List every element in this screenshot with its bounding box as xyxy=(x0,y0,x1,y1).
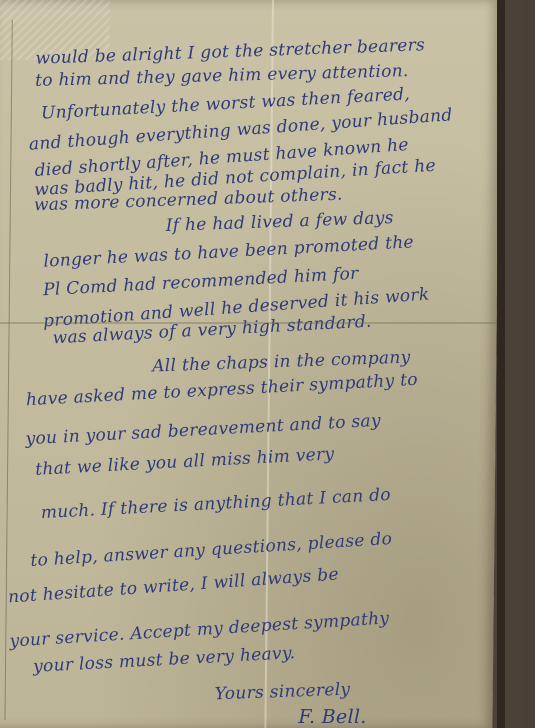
letter-line: have asked me to express their sympathy … xyxy=(26,370,419,410)
paper-edge-shadow xyxy=(497,0,505,728)
letter-line: your loss must be very heavy. xyxy=(33,643,296,677)
letter-line: that we like you all miss him very xyxy=(35,444,335,480)
letter-line: not hesitate to write, I will always be xyxy=(8,564,340,607)
margin-line xyxy=(4,20,12,720)
letter-line: much. If there is anything that I can do xyxy=(40,485,391,523)
signature: F. Bell. xyxy=(298,706,366,728)
letter-line: your service. Accept my deepest sympathy xyxy=(9,608,390,651)
letter-line: If he had lived a few days xyxy=(165,208,393,236)
closing-line: Yours sincerely xyxy=(215,680,351,705)
letter-page: would be alright I got the stretcher bea… xyxy=(0,0,500,728)
